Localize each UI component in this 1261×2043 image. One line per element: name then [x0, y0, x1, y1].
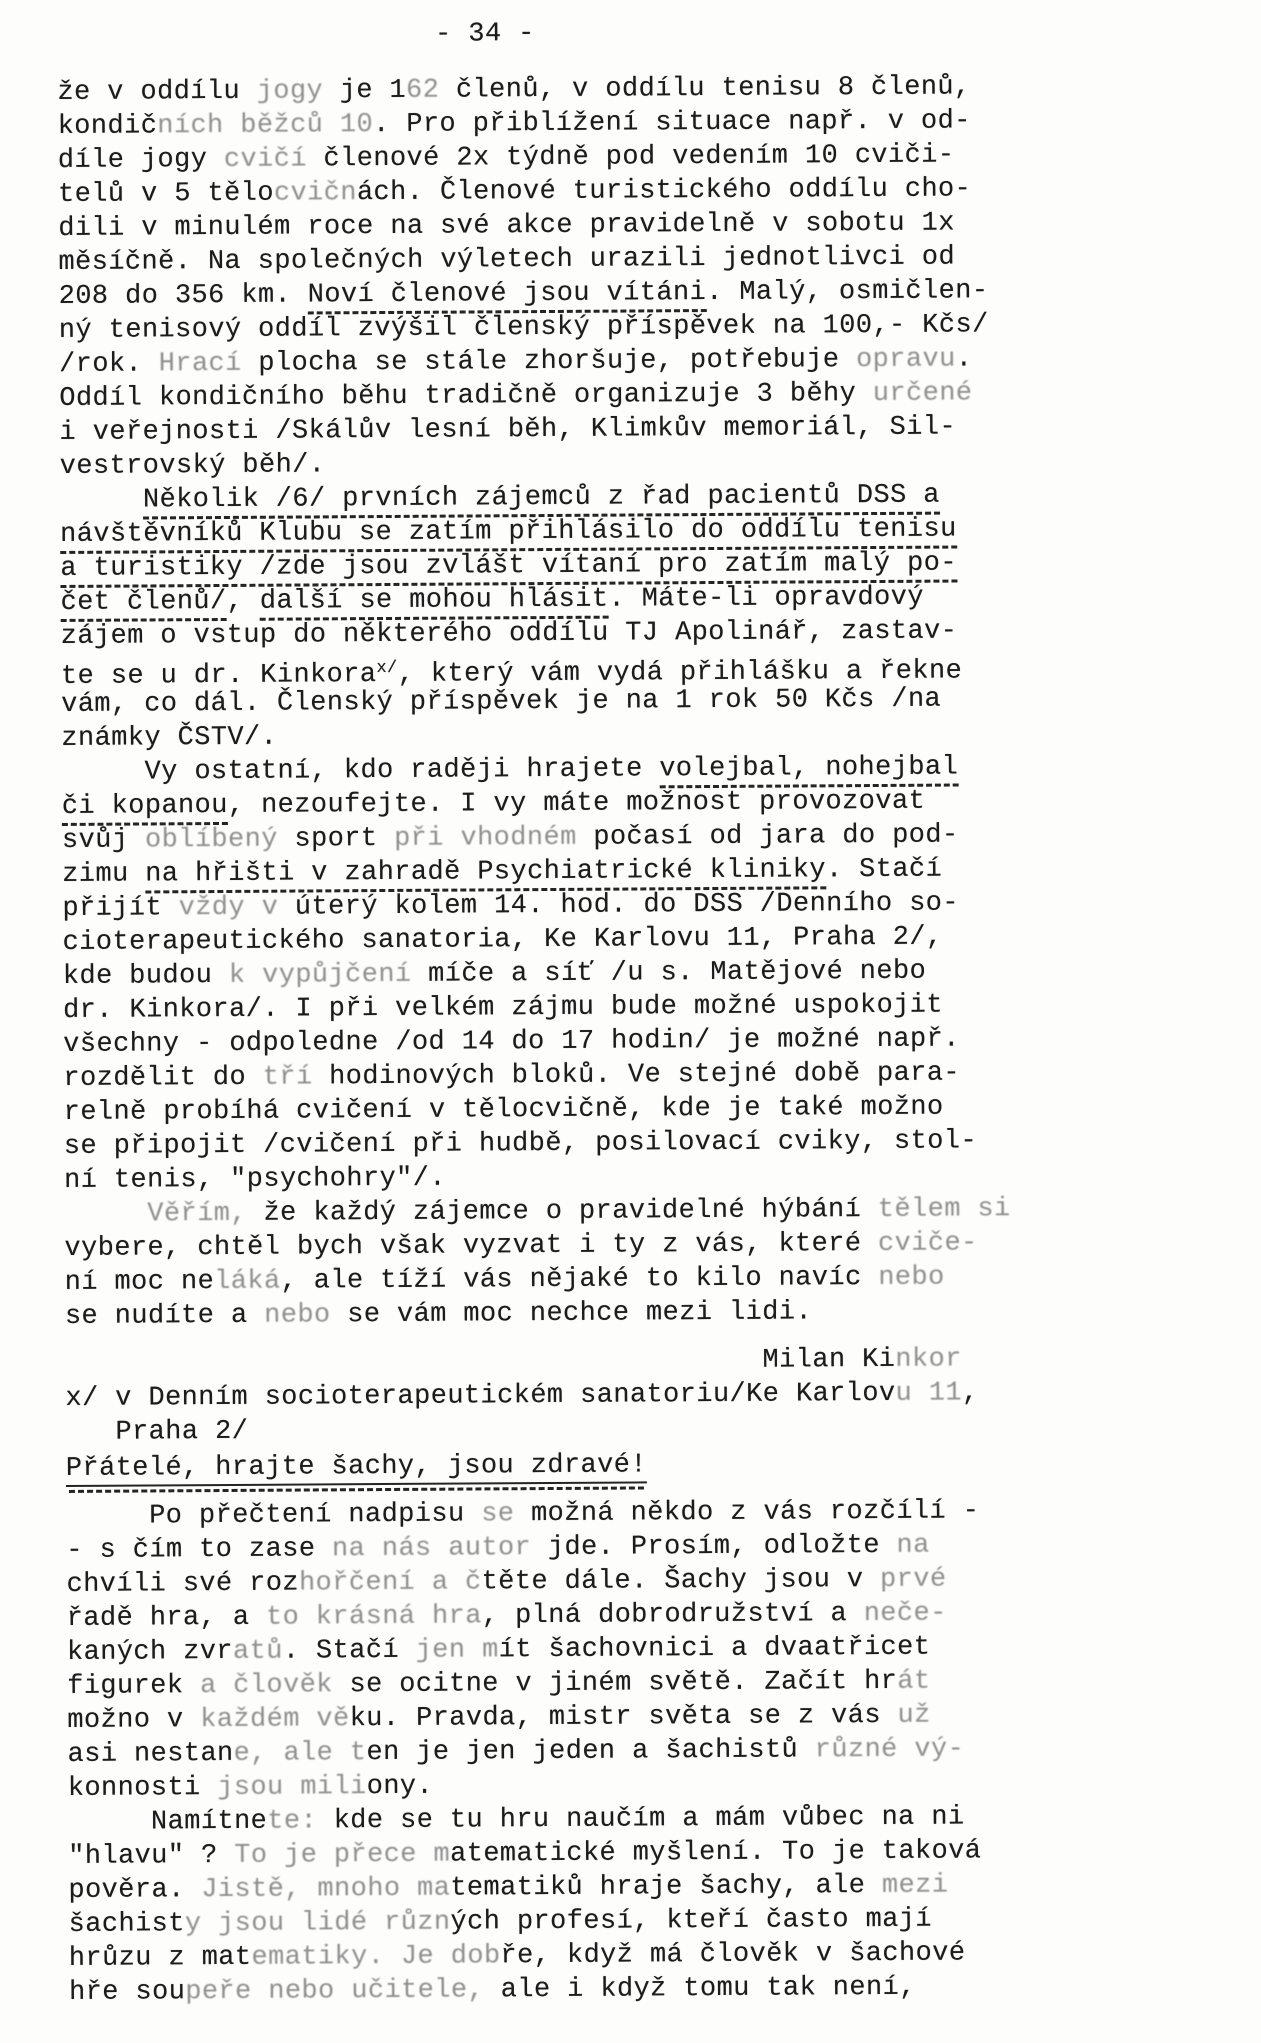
faint-text: ematiky. Je dob [251, 1941, 500, 1973]
text-segment: se ocitne v jiném světě. Začít hr [333, 1667, 898, 1700]
faint-text: nebo [878, 1263, 945, 1293]
text-segment: ný tenisový oddíl zvýšil členský příspěv… [59, 310, 989, 346]
text-segment: těte dále. Šachy jsou v [482, 1565, 881, 1597]
text-segment: dr. Kinkora/. I při velkém zájmu bude mo… [63, 991, 943, 1026]
text-segment: relně probíhá cvičení v tělocvičně, kde … [64, 1093, 944, 1128]
faint-text: vždy v [179, 893, 279, 924]
footnote: x/ v Denním socioterapeutickém sanatoriu… [65, 1375, 1249, 1450]
faint-text: každém vě [200, 1704, 350, 1735]
text-segment: je 1 [323, 76, 406, 107]
text-segment: x/ v Denním socioterapeutickém sanatoriu… [65, 1379, 895, 1414]
page-content: - 34 - že v oddílu jogy je 162 členů, v … [57, 13, 1253, 2010]
text-segment: že v oddílu [57, 77, 256, 108]
text-segment: sport [278, 824, 394, 855]
faint-text: se [481, 1499, 514, 1529]
paragraph: Namítnete: kde se tu hru naučím a mám vů… [68, 1799, 1253, 2010]
faint-text: a člověk [200, 1670, 333, 1701]
text-segment: Vy ostatní, kdo raději hrajete [62, 754, 660, 788]
text-segment: dili v minulém roce na své akce pravidel… [58, 209, 955, 244]
text-segment: cioterapeutického sanatoria, Ke Karlovu … [63, 923, 943, 958]
text-segment: šachist [69, 1909, 185, 1940]
text-segment: svůj [62, 825, 145, 856]
text-segment: kde se tu hru naučím a mám vůbec na ni [334, 1802, 965, 1836]
text-segment: možná někdo z vás rozčílí - [514, 1496, 979, 1529]
underlined-text: volejbal, nohejbal [659, 753, 958, 789]
faint-text: jogy [257, 76, 324, 106]
text-segment [64, 1199, 147, 1230]
faint-text: ních běžců 10 [157, 110, 373, 141]
text-segment: Milan Ki [65, 1345, 895, 1380]
faint-text: cviče- [878, 1228, 978, 1259]
faint-text: e, ale t [234, 1738, 367, 1769]
text-line: se nudíte a nebo se vám moc nechce mezi … [65, 1293, 1249, 1334]
faint-text: už [897, 1701, 930, 1731]
text-segment: hrůzu z mat [69, 1943, 252, 1974]
text-segment: atematické myšlení. To je taková [450, 1836, 981, 1869]
faint-text: peře nebo učitele, [185, 1975, 484, 2007]
text-line: hře soupeře nebo učitele, ale i když tom… [69, 1969, 1253, 2010]
underlined-text: Přátelé, hrajte šachy, jsou zdravé! [66, 1450, 647, 1487]
text-segment: "hlavu" ? [68, 1841, 234, 1872]
faint-text: to krásná hra [266, 1601, 482, 1632]
text-segment: konnosti [68, 1773, 218, 1804]
text-segment: en je jen jeden a šachistů [366, 1735, 814, 1768]
underlined-text: či kopanou [62, 791, 228, 826]
text-segment: - s čím to zase [66, 1534, 332, 1566]
faint-text: na [896, 1531, 929, 1561]
text-segment: /rok. [59, 349, 159, 380]
text-segment: , plná dobrodružství a [482, 1599, 864, 1631]
text-segment: všechny - odpoledne /od 14 do 17 hodin/ … [63, 1025, 960, 1060]
faint-text: cvičí [224, 144, 307, 175]
text-segment: . [956, 344, 973, 374]
faint-text: opravu [856, 345, 956, 376]
text-segment: ách. Členové turistického oddílu cho- [357, 174, 971, 208]
text-segment: ale i když tomu tak není, [484, 1973, 916, 2006]
text-segment: , [962, 1378, 979, 1408]
text-segment: se připojit /cvičení při hudbě, posilova… [64, 1126, 977, 1162]
scanned-page: - 34 - že v oddílu jogy je 162 členů, v … [0, 0, 1261, 2043]
faint-text: na nás autor [332, 1533, 531, 1564]
text-segment: ní tenis, "psychohry"/. [64, 1164, 446, 1196]
text-segment: členů, v oddílu tenisu 8 členů, [439, 72, 970, 105]
text-segment: . Stačí [826, 855, 942, 886]
text-segment: , nezoufejte. I vy máte možnost provozov… [228, 787, 925, 821]
text-segment: , ale tíží vás nějaké to kilo navíc [280, 1263, 878, 1297]
text-segment: ít šachovnici a dvaatřicet [499, 1633, 931, 1666]
text-segment: kondič [58, 111, 158, 142]
text-segment: ře, když má člověk v šachové [500, 1938, 965, 1971]
text-segment: Praha 2/ [66, 1417, 249, 1448]
faint-text: te: [267, 1806, 334, 1836]
heading: Přátelé, hrajte šachy, jsou zdravé! [66, 1445, 1250, 1486]
text-segment: pověra. [68, 1875, 201, 1906]
faint-text: mezi [882, 1871, 949, 1901]
faint-text: cvičn [274, 178, 357, 209]
text-segment: řadě hra, a [67, 1603, 266, 1634]
faint-text: tří [263, 1062, 313, 1092]
text-segment: přijít [62, 893, 178, 924]
faint-text: prvé [880, 1565, 947, 1595]
text-segment: jde. Prosím, odložte [531, 1531, 896, 1563]
paragraph: že v oddílu jogy je 162 členů, v oddílu … [57, 69, 1243, 484]
text-segment: že každý zájemce o pravidelné hýbání [247, 1195, 878, 1229]
text-segment: . Malý, osmičlen- [706, 276, 988, 308]
faint-text: u 11 [895, 1378, 962, 1408]
paragraph: Po přečtení nadpisu se možná někdo z vás… [66, 1493, 1252, 1806]
text-segment: se vám moc nechce mezi lidi. [330, 1297, 812, 1330]
faint-text: k vypůjčení [229, 960, 412, 991]
text-line: Přátelé, hrajte šachy, jsou zdravé! [66, 1445, 1250, 1486]
text-segment: ých profesí, kteří často mají [450, 1905, 932, 1938]
faint-text: neče- [864, 1599, 947, 1630]
text-segment: . Máte-li opravdový [608, 583, 924, 615]
text-segment: známky ČSTV/. [61, 723, 277, 754]
text-segment: měsíčně. Na společných výletech urazili … [58, 243, 955, 278]
text-segment: asi nestan [68, 1739, 234, 1770]
text-segment: plocha se stále zhoršuje, potřebuje [242, 345, 856, 379]
text-segment: chvíli své roz [66, 1569, 299, 1600]
faint-text: láká [214, 1267, 281, 1297]
text-segment: míče a síť /u s. Matějové nebo [411, 957, 926, 990]
text-segment: se nudíte a [65, 1301, 264, 1332]
text-segment: vestrovský běh/. [60, 450, 326, 482]
text-segment: vybere, chtěl bych však vyzvat i ty z vá… [64, 1229, 878, 1264]
text-segment: ku. Pravda, mistr světa se z vás [350, 1701, 898, 1734]
text-segment: zimu [62, 859, 145, 890]
text-segment: figurek [67, 1671, 200, 1702]
document-text: že v oddílu jogy je 162 členů, v oddílu … [57, 69, 1253, 2010]
underlined-text: Noví členové jsou vítáni [308, 278, 707, 314]
text-segment: hodinových bloků. Ve stejné době para- [312, 1059, 960, 1093]
faint-text: 62 [406, 76, 439, 106]
page-number: - 34 - [57, 13, 1241, 54]
faint-text: oblíbený [145, 825, 278, 856]
text-segment: telů v 5 tělo [58, 179, 274, 210]
faint-text: atů [233, 1637, 283, 1667]
text-segment: i veřejnosti /Skálův lesní běh, Klimkův … [59, 413, 956, 448]
text-segment: hře sou [69, 1977, 185, 2008]
text-segment: Namítne [68, 1807, 267, 1838]
paragraph: Věřím, že každý zájemce o pravidelné hýb… [64, 1191, 1249, 1334]
text-segment: členové 2x týdně pod vedením 10 cviči- [307, 141, 955, 175]
faint-text: při vhodném [394, 823, 577, 854]
text-line: Praha 2/ [66, 1409, 1250, 1450]
text-segment: díle jogy [58, 145, 224, 176]
text-segment: zájem o vstup do některého oddílu TJ Apo… [61, 617, 958, 652]
text-segment: , [226, 587, 259, 617]
faint-text: To je přece m [234, 1840, 450, 1871]
faint-text: nkor [895, 1344, 962, 1374]
text-segment: . Stačí [283, 1636, 416, 1667]
text-segment [60, 485, 143, 516]
text-segment: počasí od jara do pod- [577, 821, 959, 853]
text-segment: možno v [67, 1705, 200, 1736]
text-segment: Po přečtení nadpisu [66, 1499, 481, 1532]
text-segment: úterý kolem 14. hod. do DSS /Denního so- [278, 889, 959, 923]
text-segment: 208 do 356 km. [59, 280, 308, 312]
faint-text: hořčení a č [299, 1567, 482, 1598]
faint-text: át [897, 1667, 930, 1697]
faint-text: tělem si [878, 1194, 1011, 1225]
faint-text: jen m [416, 1635, 499, 1666]
text-segment: Oddíl kondičního běhu tradičně organizuj… [59, 379, 873, 414]
text-segment: . Pro přiblížení situace např. v od- [373, 106, 971, 140]
faint-text: jsou mili [217, 1772, 367, 1803]
paragraph: Několik /6/ prvních zájemců z řad pacien… [60, 477, 1246, 756]
text-segment: tematiků hraje šachy, ale [450, 1871, 882, 1904]
text-segment: ony. [367, 1772, 434, 1802]
underlined-text: další se mohou hlásit [260, 585, 609, 621]
faint-text: určené [873, 378, 973, 409]
faint-text: y jsou lidé různ [185, 1908, 451, 1940]
text-segment: vám, co dál. Členský příspěvek je na 1 r… [61, 685, 941, 720]
paragraph: Vy ostatní, kdo raději hrajete volejbal,… [61, 749, 1248, 1198]
text-segment: ní moc ne [65, 1267, 215, 1298]
text-segment: rozdělit do [63, 1063, 262, 1094]
faint-text: různé vý- [815, 1734, 965, 1765]
faint-text: Hrací [159, 349, 242, 380]
text-segment: kaných zvr [67, 1637, 233, 1668]
faint-text: Jistě, mnoho ma [201, 1874, 450, 1906]
underlined-text: čet členů/ [60, 587, 226, 622]
faint-text: nebo [264, 1300, 331, 1330]
footnote-marker: x/ [376, 659, 397, 678]
text-segment: kde budou [63, 961, 229, 992]
faint-text: Věřím, [147, 1199, 247, 1230]
